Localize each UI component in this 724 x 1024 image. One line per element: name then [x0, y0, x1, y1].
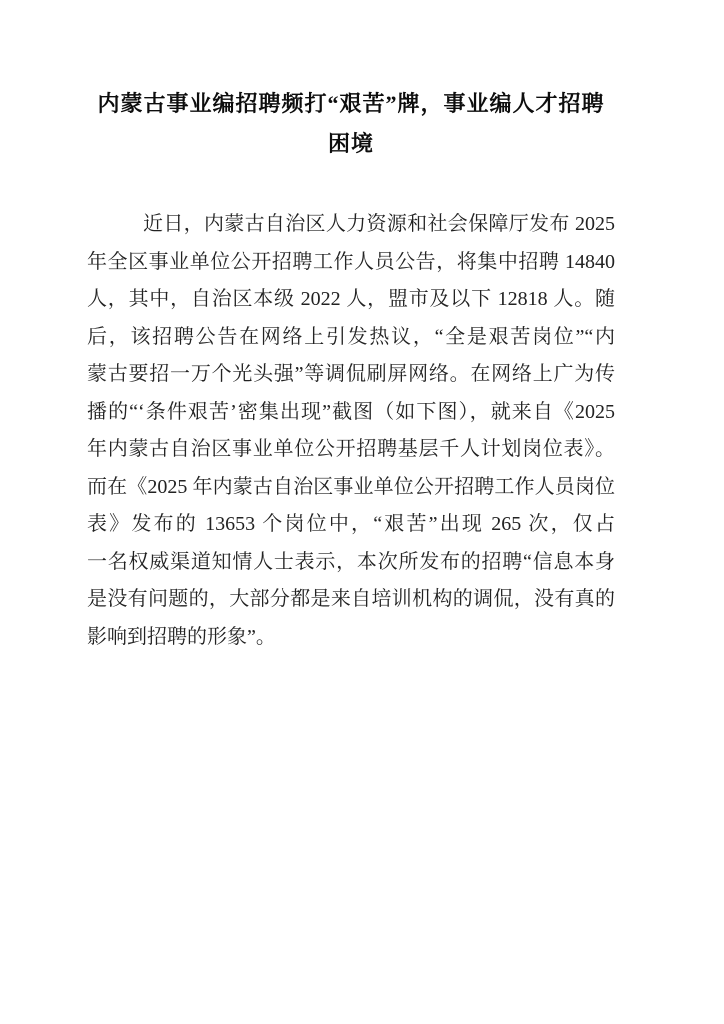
body-line-11: 是没有问题的，大部分都是来自培训机构的调侃，没有真的 — [87, 581, 615, 619]
body-line-7: 年内蒙古自治区事业单位公开招聘基层千人计划岗位表》。 — [87, 431, 615, 469]
body-line-1: 近日，内蒙古自治区人力资源和社会保障厅发布 2025 — [87, 206, 615, 244]
body-line-2: 年全区事业单位公开招聘工作人员公告，将集中招聘 14840 — [87, 244, 615, 282]
body-line-12: 影响到招聘的形象”。 — [87, 619, 615, 657]
body-line-9: 表》发布的 13653 个岗位中，“艰苦”出现 265 次，仅占 1.9%。 — [87, 506, 615, 544]
document-page: 内蒙古事业编招聘频打“艰苦”牌，事业编人才招聘 困境 近日，内蒙古自治区人力资源… — [0, 0, 724, 1024]
body-line-10: 一名权威渠道知情人士表示，本次所发布的招聘“信息本身 — [87, 544, 615, 582]
body-line-6: 播的“‘条件艰苦’密集出现”截图（如下图），就来自《2025 — [87, 394, 615, 432]
body-line-8: 而在《2025 年内蒙古自治区事业单位公开招聘工作人员岗位 — [87, 469, 615, 507]
body-line-5: 蒙古要招一万个光头强”等调侃刷屏网络。在网络上广为传 — [87, 356, 615, 394]
document-title-line-2: 困境 — [87, 124, 615, 164]
document-title-line-1: 内蒙古事业编招聘频打“艰苦”牌，事业编人才招聘 — [87, 84, 615, 124]
body-line-3: 人，其中，自治区本级 2022 人，盟市及以下 12818 人。随 — [87, 281, 615, 319]
document-body-paragraph: 近日，内蒙古自治区人力资源和社会保障厅发布 2025 年全区事业单位公开招聘工作… — [87, 206, 615, 656]
body-line-4: 后，该招聘公告在网络上引发热议，“全是艰苦岗位”“内 — [87, 319, 615, 357]
document-title: 内蒙古事业编招聘频打“艰苦”牌，事业编人才招聘 困境 — [87, 84, 615, 164]
